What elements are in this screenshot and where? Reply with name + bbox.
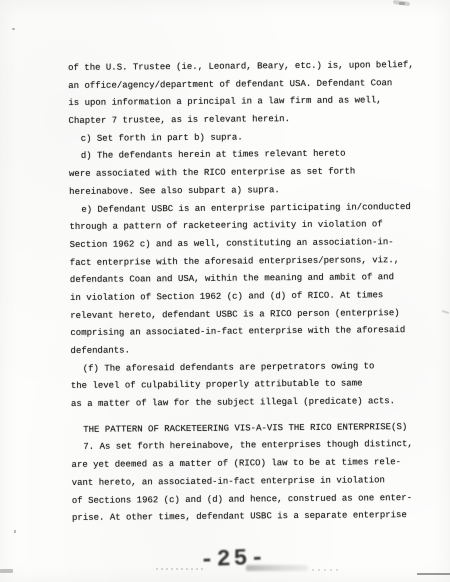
scan-mark-top-right-dark	[399, 2, 405, 5]
text-line: prise. At other times, defendant USBC is…	[72, 507, 418, 528]
scan-dots-right-of-page-number	[312, 569, 342, 571]
scan-dots-left-of-page-number	[156, 568, 204, 570]
scan-mark-bottom-left-edge	[0, 569, 13, 573]
text-line: comprising an associated-in-fact enterpr…	[70, 322, 416, 343]
scan-speck-top-left	[12, 28, 15, 30]
text-line: is upon information a principal in a law…	[68, 92, 414, 113]
scan-smudge-near-page-number	[246, 565, 308, 571]
document-text: of the U.S. Trustee (ie., Leonard, Beary…	[68, 57, 418, 528]
scan-speck-bottom-left	[14, 530, 16, 533]
scan-mark-bottom-right-dash	[417, 573, 450, 575]
scanned-document-page: of the U.S. Trustee (ie., Leonard, Beary…	[0, 0, 450, 582]
text-line: as a matter of law for the subject illeg…	[71, 393, 417, 414]
text-line: (f) The aforesaid defendants are perpetr…	[71, 358, 417, 379]
scan-mark-right-edge	[442, 310, 449, 314]
text-line: vant hereto, an associated-in-fact enter…	[72, 472, 418, 493]
